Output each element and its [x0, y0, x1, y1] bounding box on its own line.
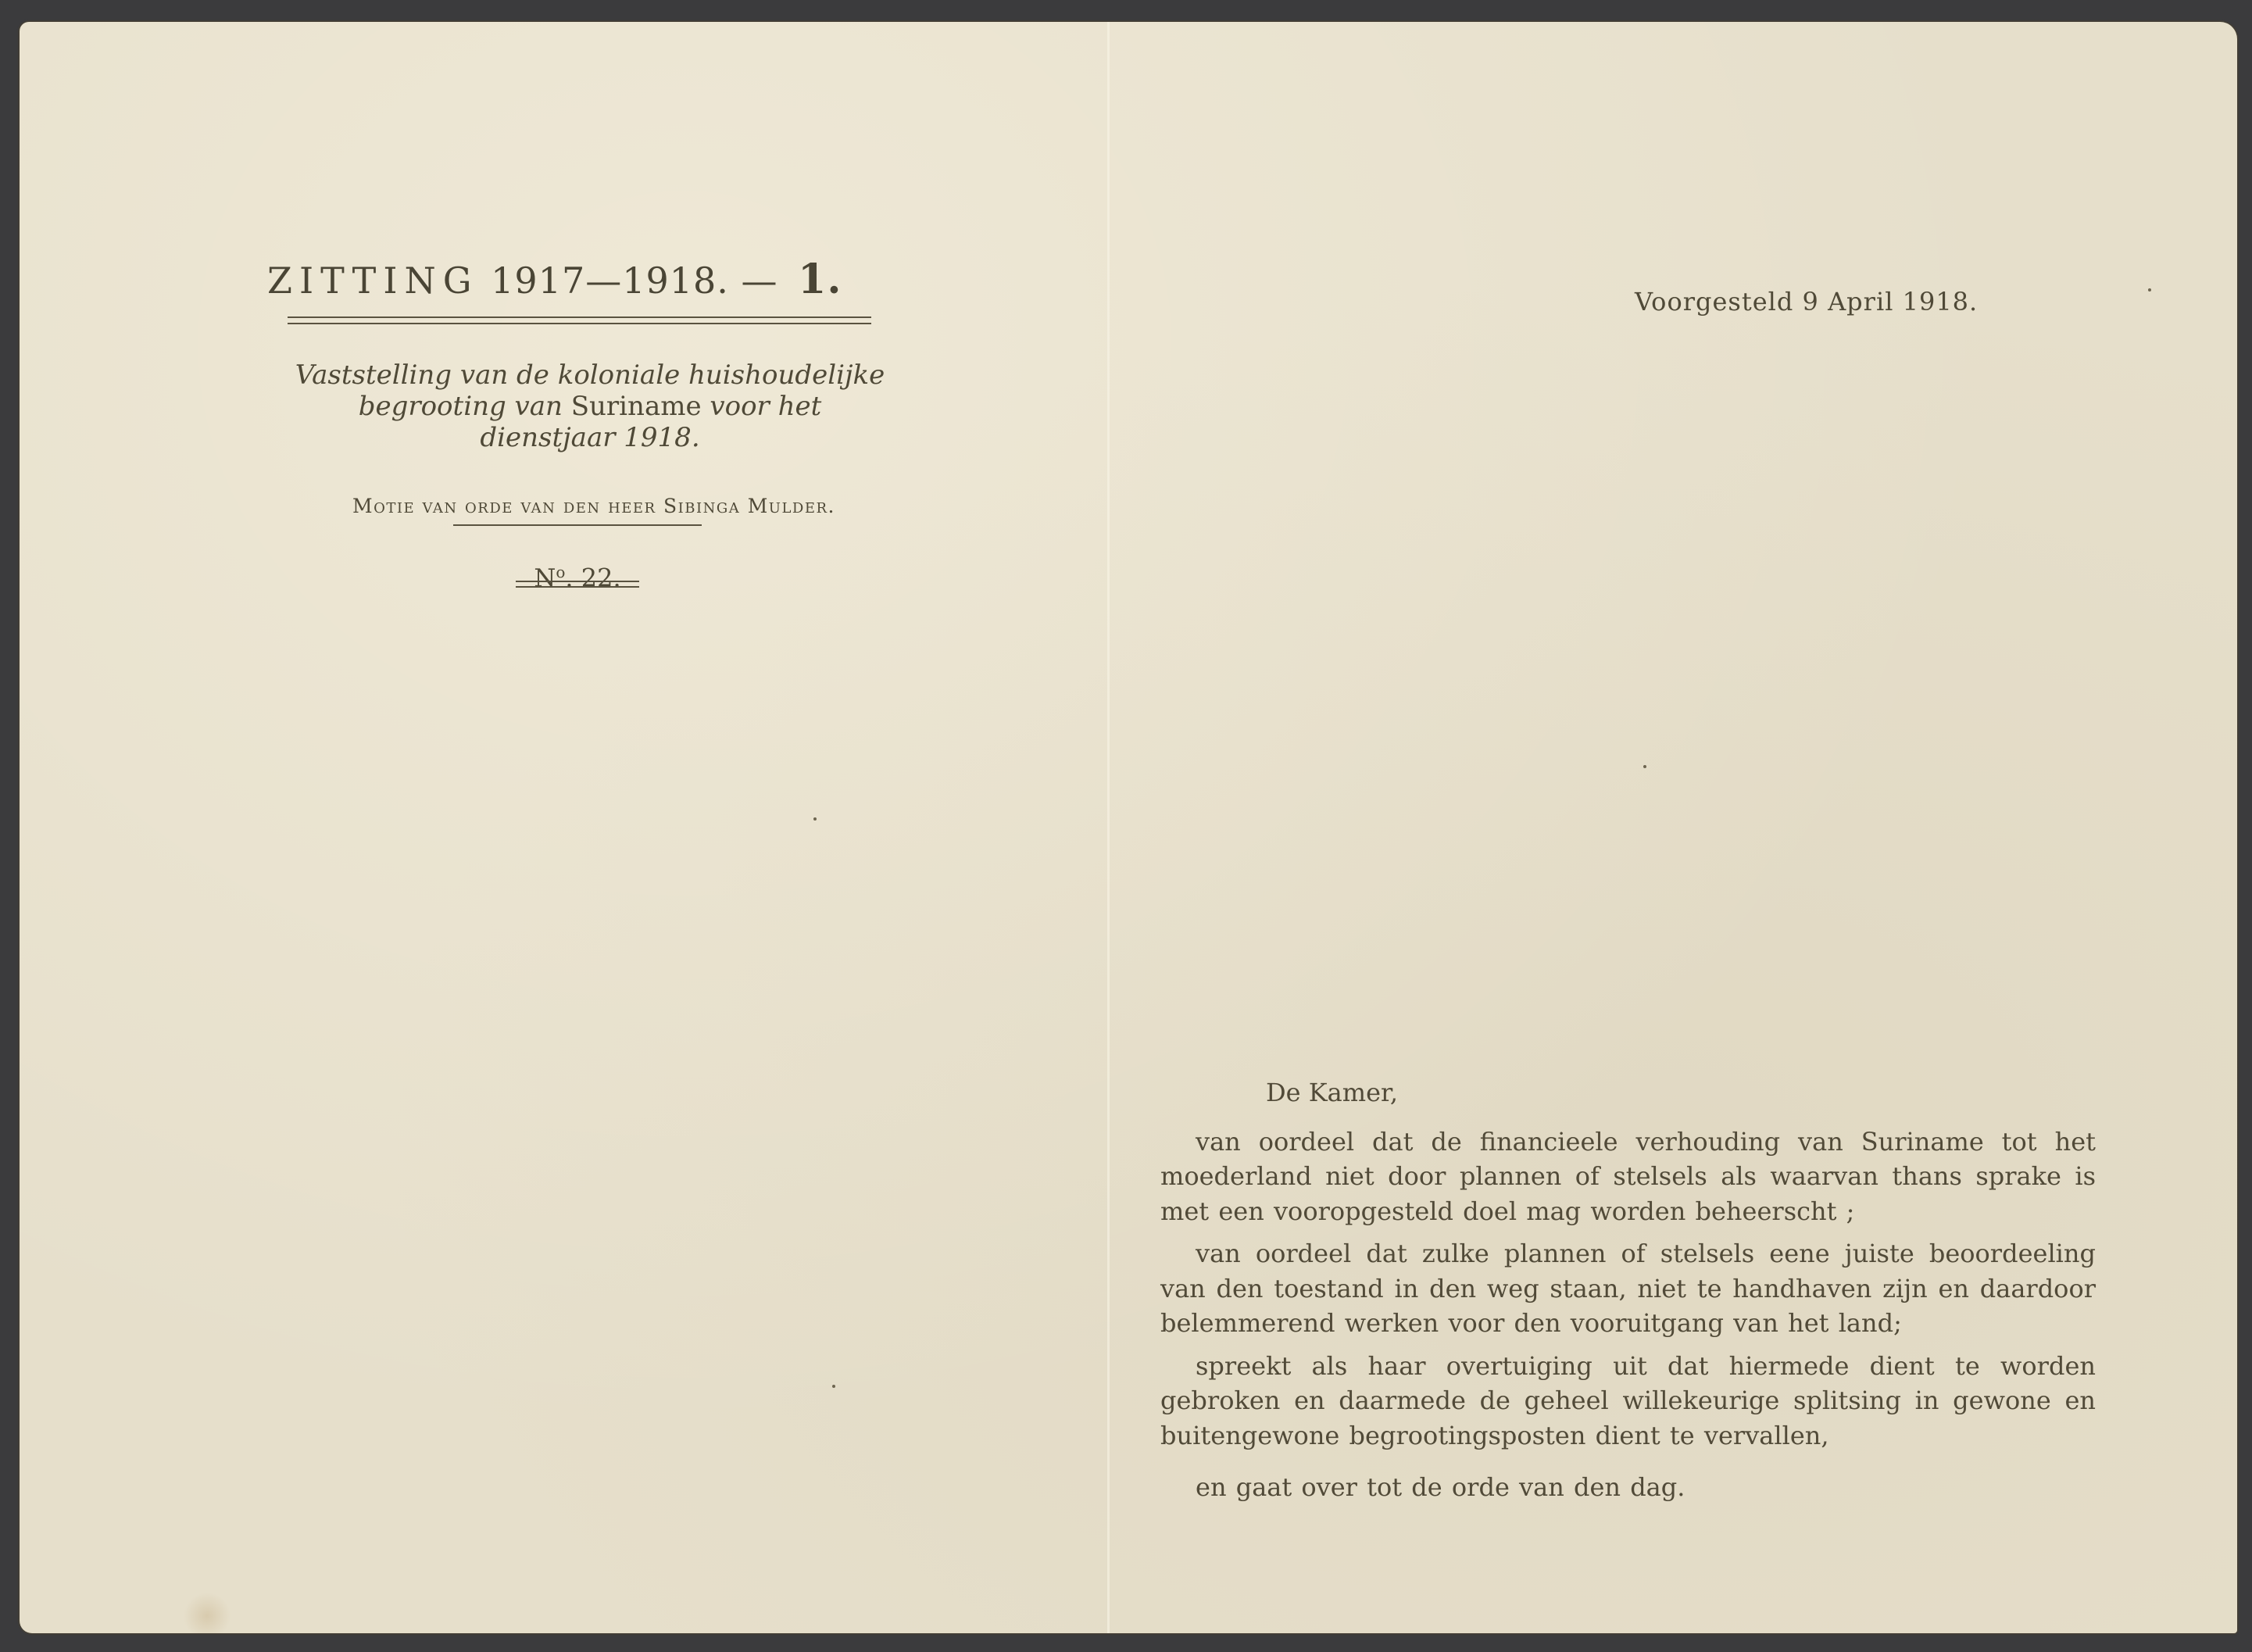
session-header: ZITTING 1917—1918. — 1.: [267, 256, 842, 304]
paper-speck: [2148, 288, 2151, 291]
scan-background: ZITTING 1917—1918. — 1. Vaststelling van…: [0, 0, 2252, 1652]
session-label: ZITTING: [267, 259, 479, 302]
subtitle-line-1: Vaststelling van de koloniale huishoudel…: [199, 359, 981, 391]
motion-body: De Kamer, van oordeel dat de financieele…: [1160, 1075, 2096, 1513]
body-paragraph: van oordeel dat de financieele verhoudin…: [1160, 1125, 2096, 1229]
number-double-rule-bottom: [516, 586, 639, 588]
number-value: . 22.: [565, 563, 620, 593]
session-years: 1917—1918.: [491, 259, 729, 302]
motion-title: Motie van orde van den heer Sibinga Muld…: [219, 491, 969, 522]
sheet-number: 1.: [798, 256, 842, 303]
body-paragraph: spreekt als haar overtuiging uit dat hie…: [1160, 1349, 2096, 1454]
title-double-rule-top: [288, 316, 871, 318]
number-superscript: o: [556, 563, 565, 581]
salutation: De Kamer,: [1160, 1075, 2096, 1110]
number-rule-top: [453, 524, 702, 526]
paper-speck: [813, 817, 817, 821]
subtitle-line-3: dienstjaar 1918.: [199, 422, 981, 453]
number-double-rule-top: [516, 581, 639, 582]
subtitle-suriname: Suriname: [571, 391, 702, 422]
body-paragraph: van oordeel dat zulke plannen of stelsel…: [1160, 1236, 2096, 1341]
header-dash: —: [742, 259, 778, 302]
subtitle-line-2: begrooting van Suriname voor het: [199, 391, 981, 422]
subtitle-line-2-post: voor het: [710, 391, 821, 422]
document-number: No. 22.: [453, 556, 702, 594]
closing-line: en gaat over tot de orde van den dag.: [1160, 1470, 2096, 1505]
bill-subtitle: Vaststelling van de koloniale huishoudel…: [199, 359, 981, 453]
center-fold: [1107, 22, 1110, 1633]
paper-speck: [832, 1385, 835, 1388]
number-prefix: N: [534, 563, 556, 593]
title-double-rule-bottom: [288, 323, 871, 324]
document-page: ZITTING 1917—1918. — 1. Vaststelling van…: [20, 22, 2237, 1633]
subtitle-line-2-pre: begrooting van: [359, 391, 563, 422]
paper-speck: [1643, 765, 1646, 768]
date-proposed: Voorgesteld 9 April 1918.: [1635, 286, 1978, 317]
